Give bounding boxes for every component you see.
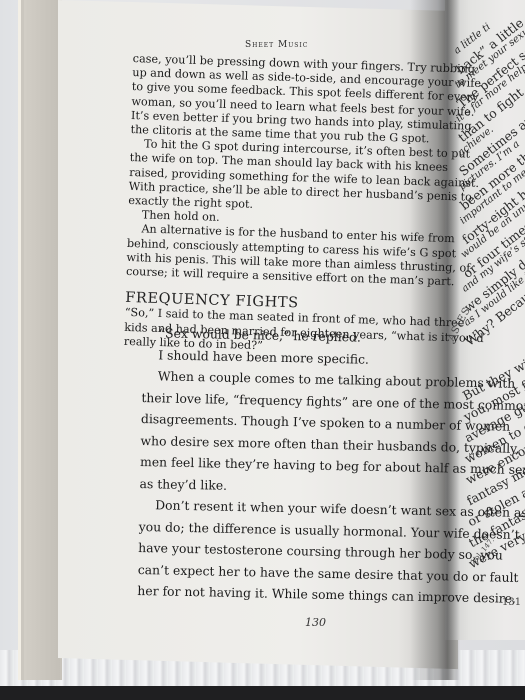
page-edges <box>24 0 60 680</box>
running-head: Sheet Music <box>245 40 308 50</box>
upper-text-block: case, you’ll be pressing down with your … <box>124 52 428 358</box>
right-page-text: a little tiback” a littleto meet your se… <box>446 0 525 600</box>
page-number-left: 130 <box>305 616 326 629</box>
lower-text-block: “Sex would be nice,” he replied.I should… <box>137 322 448 608</box>
surface-shadow <box>0 686 525 700</box>
page-number-right: 131 <box>502 597 521 608</box>
